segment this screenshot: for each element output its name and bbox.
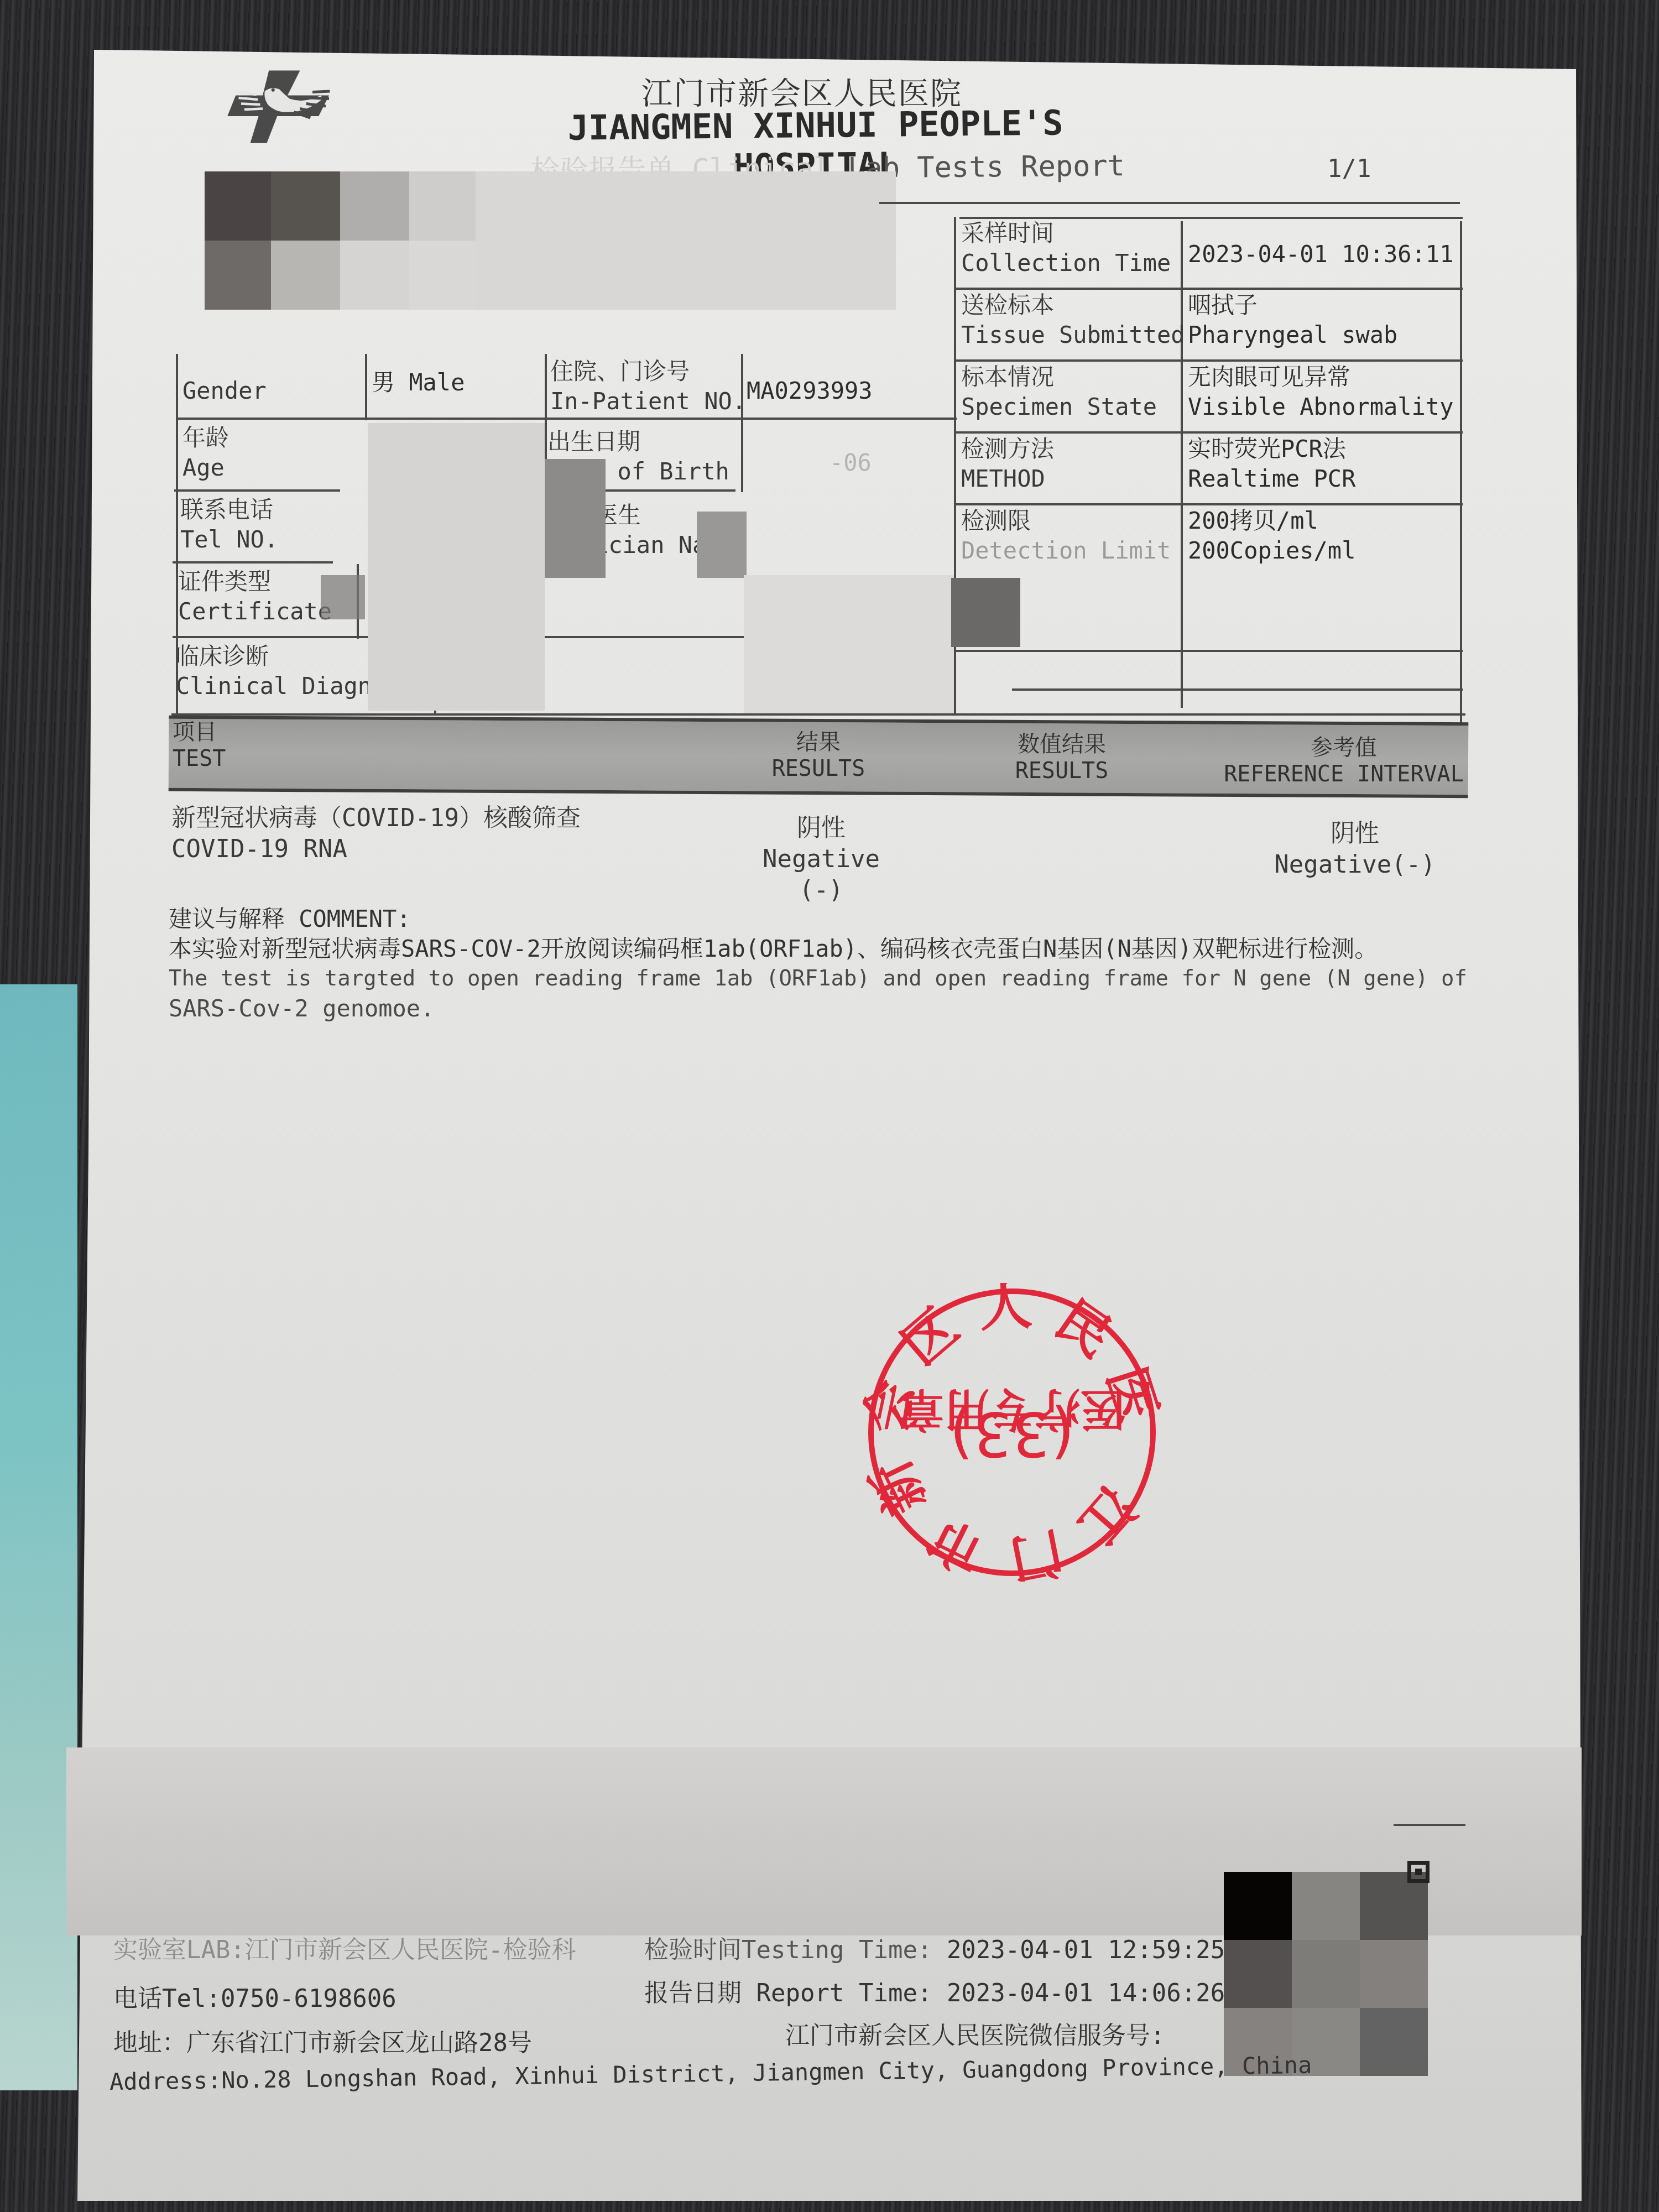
tel-label: 联系电话Tel NO. bbox=[180, 495, 278, 555]
specimen-value: 2023-04-01 10:36:11 bbox=[1188, 239, 1453, 269]
footer-lab: 实验室LAB:江门市新会区人民医院-检验科 bbox=[113, 1930, 576, 1965]
table-rule bbox=[174, 489, 340, 492]
inpatient-no-label: 住院、门诊号In-Patient NO. bbox=[550, 357, 746, 416]
qr-finder-icon bbox=[1407, 1861, 1430, 1883]
col-results-header: 结果RESULTS bbox=[752, 729, 885, 782]
table-rule bbox=[954, 288, 1463, 290]
comment-text-en-2: SARS-Cov-2 genomoe. bbox=[169, 994, 1468, 1024]
certificate-label: 证件类型Certificate bbox=[178, 567, 332, 627]
specimen-value: 实时荧光PCR法Realtime PCR bbox=[1188, 434, 1355, 494]
footer-tel: 电话Tel:0750-6198606 bbox=[113, 1979, 397, 2014]
redacted-region bbox=[697, 512, 747, 578]
table-rule bbox=[879, 202, 1460, 204]
table-rule bbox=[954, 503, 1463, 505]
table-rule bbox=[954, 431, 1463, 434]
svg-text:医疗专用章: 医疗专用章 bbox=[899, 1383, 1125, 1435]
gender-label: Gender bbox=[182, 376, 267, 406]
footer-address-cn: 地址：广东省江门市新会区龙山路28号 bbox=[113, 2023, 532, 2058]
specimen-label: 标本情况Specimen State bbox=[961, 362, 1157, 422]
col-reference-header: 参考值REFERENCE INTERVAL bbox=[1217, 734, 1471, 787]
result-row-test: 新型冠状病毒（COVID-19）核酸筛查 COVID-19 RNA bbox=[171, 803, 581, 865]
specimen-label: 检测限Detection Limit bbox=[961, 506, 1171, 566]
redaction-band bbox=[476, 171, 896, 310]
col-numeric-results-header: 数值结果RESULTS bbox=[995, 731, 1128, 784]
table-rule bbox=[171, 713, 1465, 716]
dove-cross-logo-icon bbox=[213, 66, 354, 149]
table-rule bbox=[177, 418, 957, 420]
page-number: 1/1 bbox=[1327, 155, 1371, 183]
result-row-result: 阴性 Negative (-) bbox=[735, 813, 907, 906]
redacted-region bbox=[744, 575, 954, 713]
table-rule bbox=[173, 561, 333, 564]
footer-testing-time: 检验时间Testing Time: 2023-04-01 12:59:25 bbox=[644, 1930, 1225, 1965]
comment-heading: 建议与解释 COMMENT: bbox=[169, 904, 1468, 934]
comment-text-cn: 本实验对新型冠状病毒SARS-COV-2开放阅读编码框1ab(ORF1ab)、编… bbox=[169, 934, 1468, 964]
specimen-label: 送检标本Tissue Submitted bbox=[961, 290, 1185, 350]
footer-report-time: 报告日期 Report Time: 2023-04-01 14:06:26 bbox=[644, 1973, 1225, 2008]
specimen-value: 无肉眼可见异常Visible Abnormality bbox=[1188, 362, 1453, 422]
redacted-region bbox=[951, 578, 1020, 647]
table-divider bbox=[1460, 221, 1462, 730]
age-label: 年龄Age bbox=[182, 423, 229, 483]
table-rule bbox=[951, 650, 1463, 652]
background-screen bbox=[0, 984, 77, 2090]
specimen-value: 200拷贝/ml200Copies/ml bbox=[1188, 506, 1355, 566]
hospital-seal-stamp: (33) 江 门 市 新 会 区 人 民 医 院 医疗专用章 bbox=[863, 1283, 1161, 1582]
specimen-label: 检测方法METHOD bbox=[961, 434, 1054, 494]
comment-text-en-1: The test is targted to open reading fram… bbox=[169, 964, 1468, 994]
gender-value: 男 Male bbox=[372, 368, 465, 398]
qr-code-icon bbox=[1224, 1872, 1428, 2077]
redacted-patient-name bbox=[205, 171, 476, 310]
table-rule bbox=[1012, 688, 1463, 691]
inpatient-no-value: MA0293993 bbox=[747, 376, 873, 406]
redacted-region bbox=[545, 459, 606, 578]
redacted-region bbox=[321, 575, 365, 619]
specimen-value: 咽拭子Pharyngeal swab bbox=[1188, 290, 1397, 350]
table-rule bbox=[954, 359, 1463, 362]
footer-wechat-label: 江门市新会区人民医院微信服务号: bbox=[785, 2016, 1165, 2051]
specimen-label: 采样时间Collection Time bbox=[961, 218, 1171, 278]
comment-section: 建议与解释 COMMENT: 本实验对新型冠状病毒SARS-COV-2开放阅读编… bbox=[169, 904, 1468, 1024]
dob-value: -06 bbox=[830, 448, 872, 478]
redacted-region bbox=[368, 423, 545, 711]
footer-rule bbox=[1394, 1824, 1465, 1826]
table-divider bbox=[365, 354, 367, 420]
col-test-header: 项目TEST bbox=[173, 719, 226, 772]
result-row-reference: 阴性 Negative(-) bbox=[1272, 818, 1438, 880]
